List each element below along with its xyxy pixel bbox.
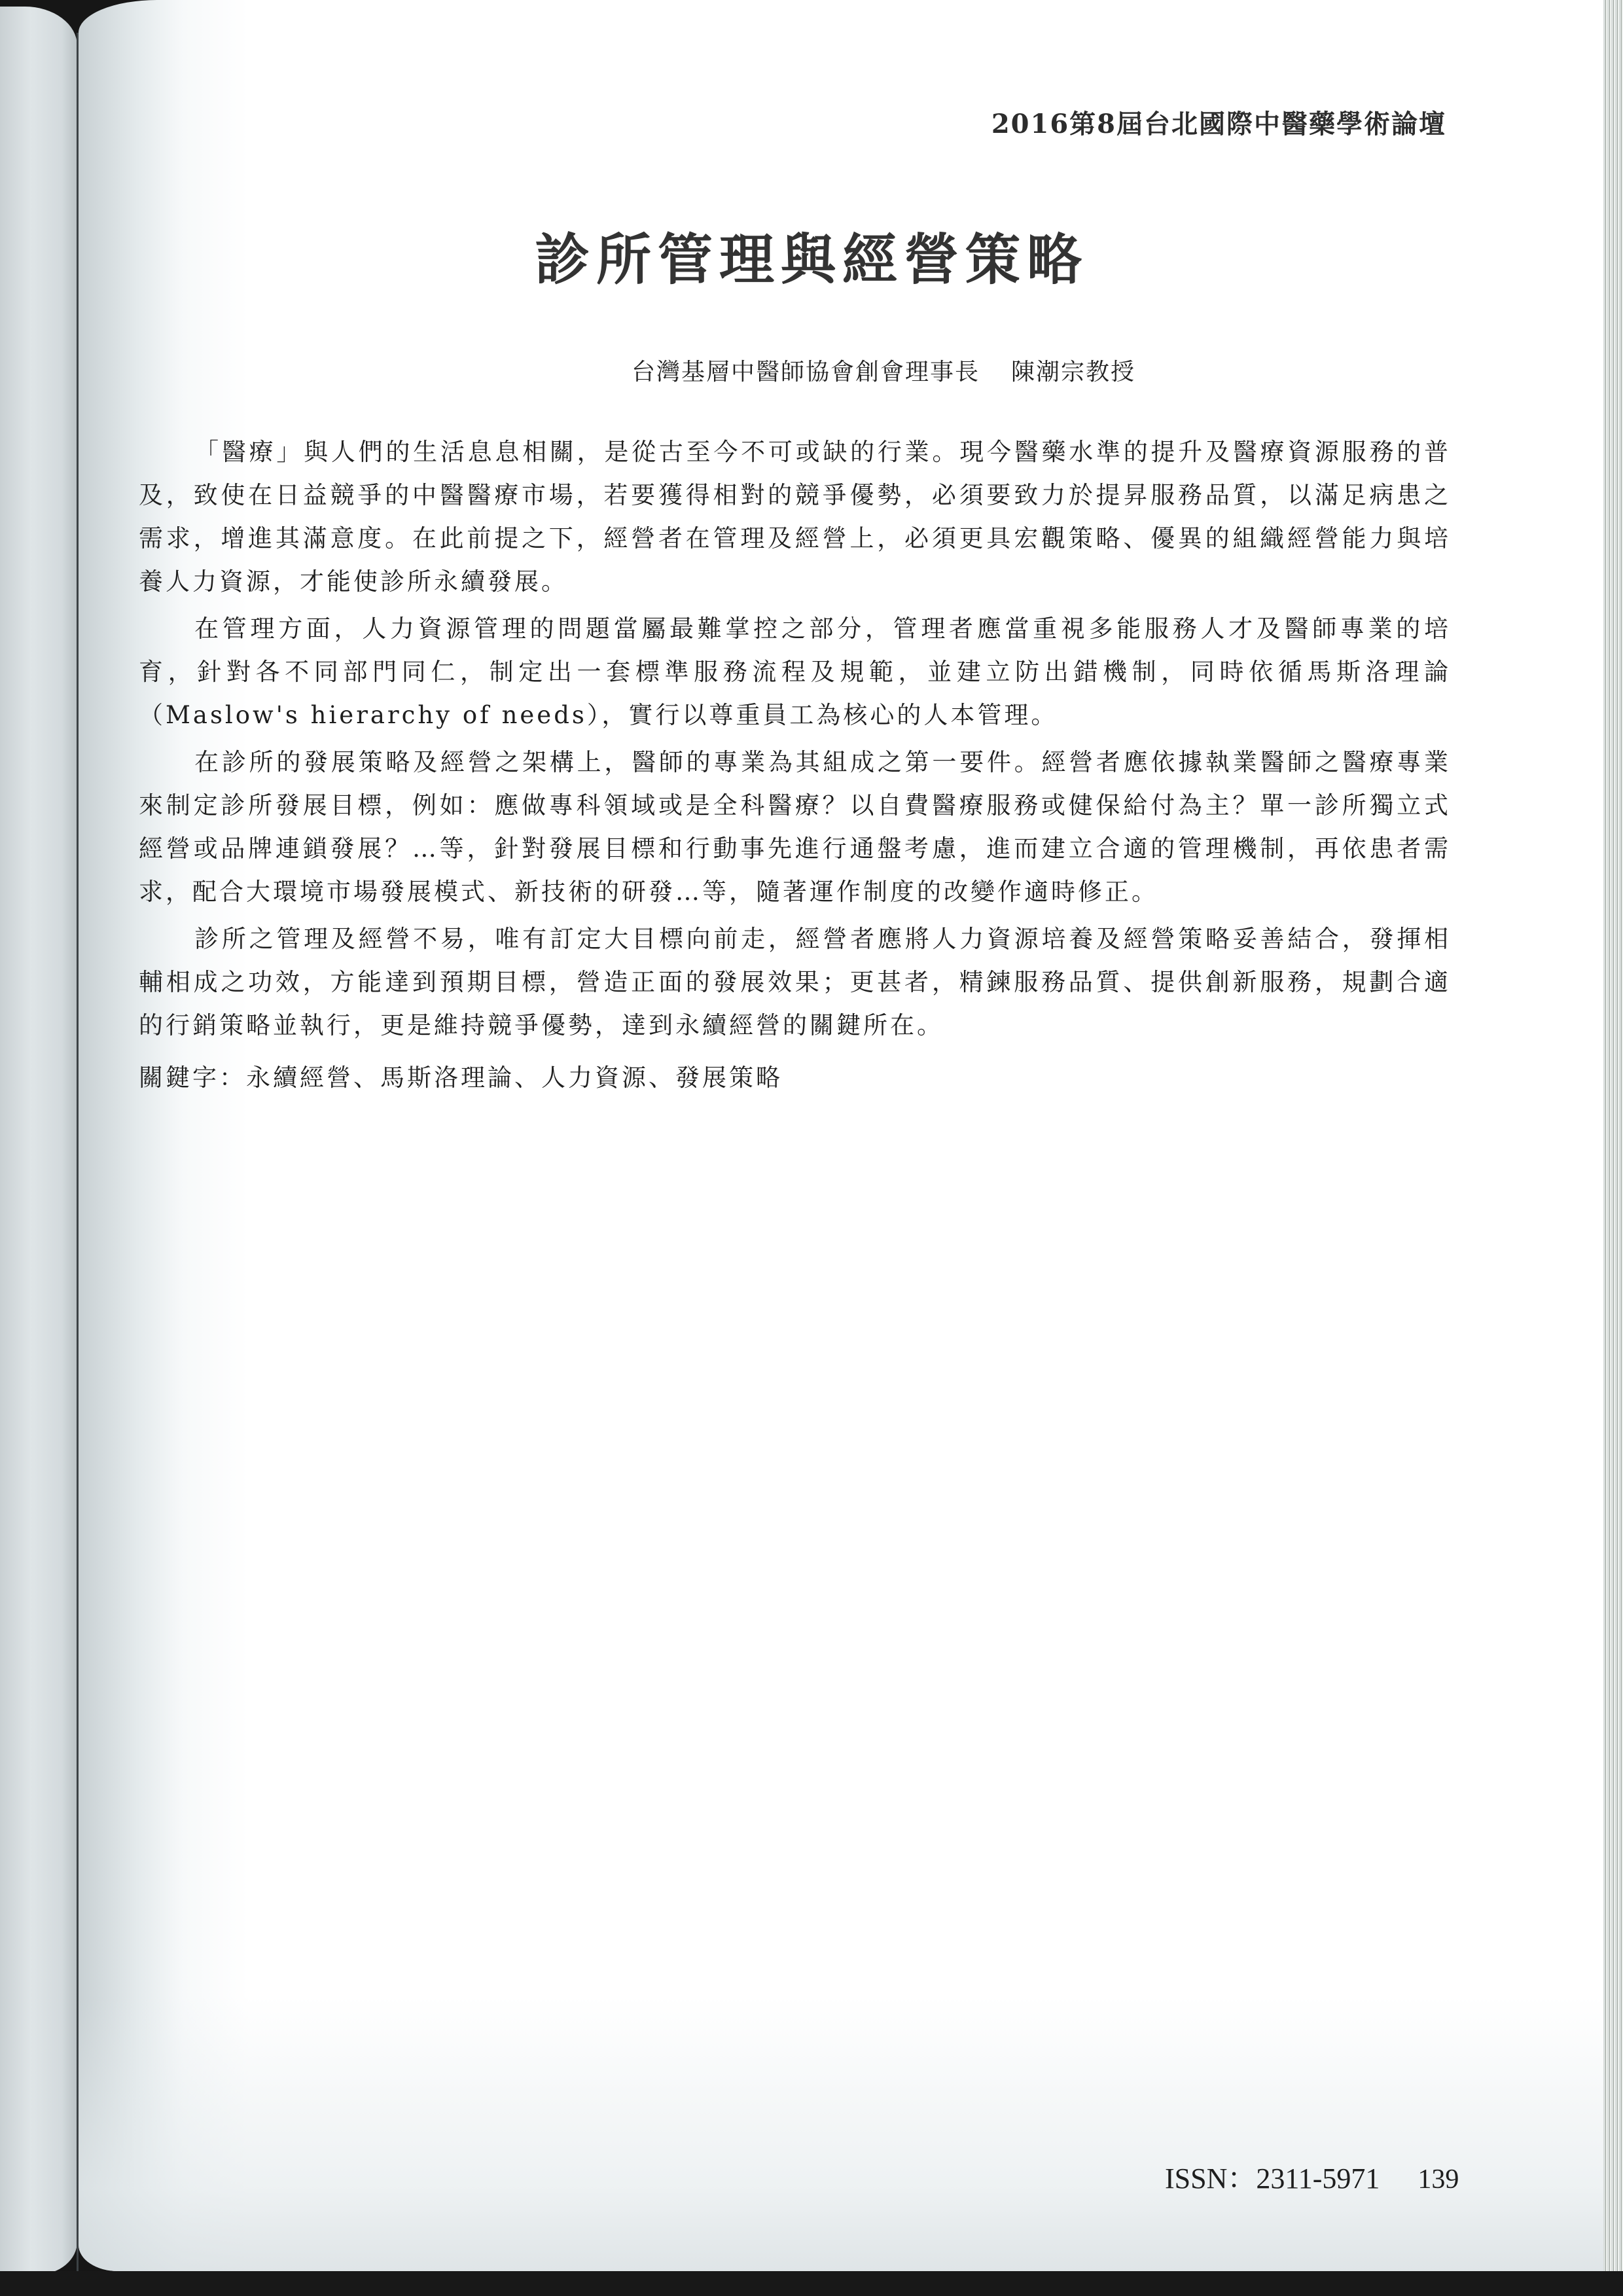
scan-background <box>0 2271 1623 2296</box>
page-edge-stack <box>1603 0 1623 2274</box>
author-name: 陳潮宗教授 <box>1011 359 1135 386</box>
paragraph: 診所之管理及經營不易，唯有訂定大目標向前走，經營者應將人力資源培養及經營策略妥善… <box>139 918 1451 1047</box>
paragraph: 在管理方面，人力資源管理的問題當屬最難掌控之部分，管理者應當重視多能服務人才及醫… <box>139 607 1451 737</box>
abstract-body: 「醫療」與人們的生活息息相關，是從古至今不可或缺的行業。現今醫藥水準的提升及醫療… <box>139 431 1451 1103</box>
keywords-list: 永續經營、馬斯洛理論、人力資源、發展策略 <box>246 1064 783 1092</box>
running-header: 2016第8屆台北國際中醫藥學術論壇 <box>991 103 1446 141</box>
page-footer: ISSN：2311-5971139 <box>1165 2155 1459 2197</box>
facing-page-edge <box>0 7 77 2274</box>
scanned-page: 2016第8屆台北國際中醫藥學術論壇 診所管理與經營策略 台灣基層中醫師協會創會… <box>0 0 1623 2296</box>
document-page <box>79 0 1603 2271</box>
keywords-line: 關鍵字：永續經營、馬斯洛理論、人力資源、發展策略 <box>139 1056 1451 1100</box>
author-affiliation: 台灣基層中醫師協會創會理事長 <box>632 359 980 386</box>
paragraph: 在診所的發展策略及經營之架構上，醫師的專業為其組成之第一要件。經營者應依據執業醫… <box>139 741 1451 914</box>
article-title: 診所管理與經營策略 <box>0 216 1623 295</box>
paragraph: 「醫療」與人們的生活息息相關，是從古至今不可或缺的行業。現今醫藥水準的提升及醫療… <box>139 431 1451 603</box>
issn: ISSN：2311-5971 <box>1165 2162 1380 2195</box>
author-line: 台灣基層中醫師協會創會理事長陳潮宗教授 <box>0 353 1623 387</box>
page-number: 139 <box>1418 2164 1459 2195</box>
keywords-label: 關鍵字： <box>139 1064 246 1092</box>
